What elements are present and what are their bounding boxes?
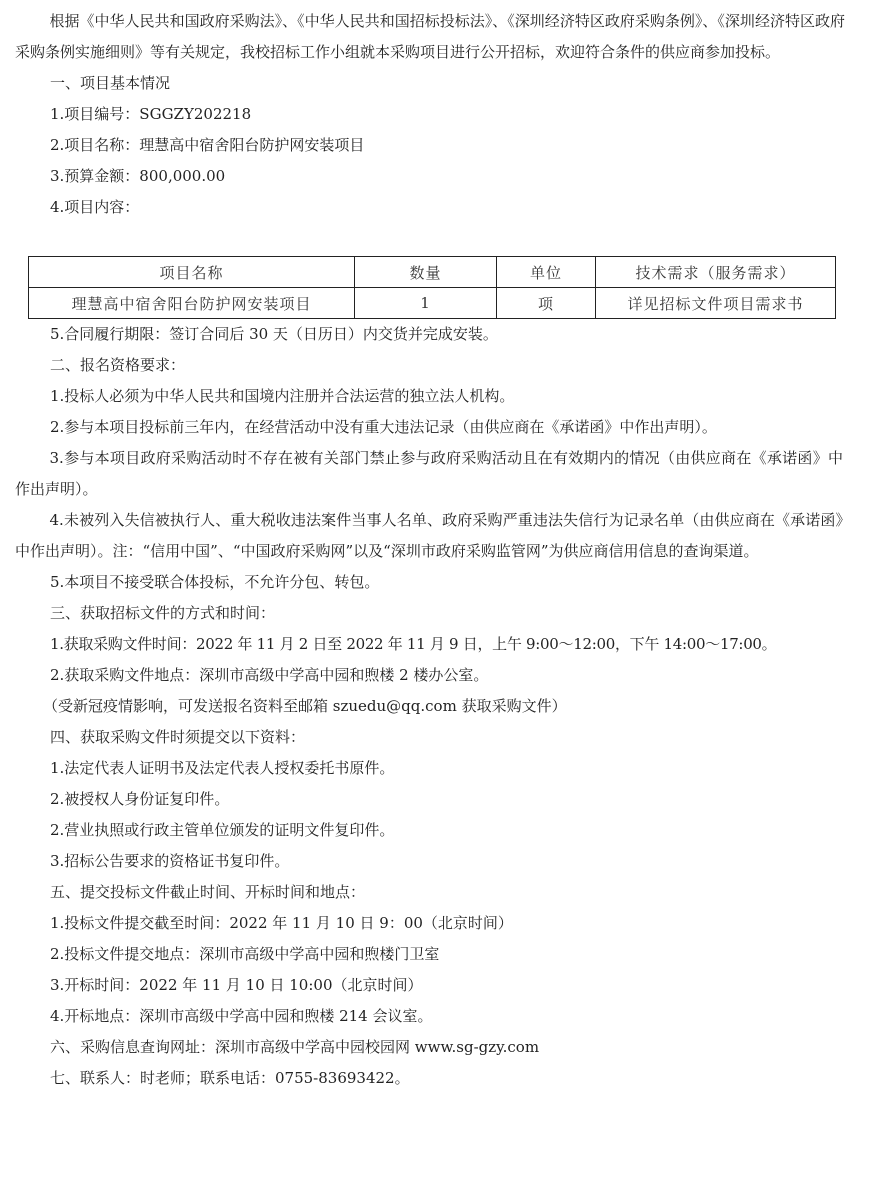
section-3-title: 三、获取招标文件的方式和时间： xyxy=(15,598,855,629)
project-content-label: 4.项目内容： xyxy=(15,192,845,223)
section-4-title: 四、获取采购文件时须提交以下资料： xyxy=(15,722,855,753)
budget-amount: 3.预算金额：800,000.00 xyxy=(15,161,845,192)
section-1-title: 一、项目基本情况 xyxy=(15,68,845,99)
document-body-continued: 5.合同履行期限：签订合同后 30 天（日历日）内交货并完成安装。 二、报名资格… xyxy=(15,319,855,1094)
project-number: 1.项目编号：SGGZY202218 xyxy=(15,99,845,130)
table-cell: 理慧高中宿舍阳台防护网安装项目 xyxy=(29,288,355,319)
submission-deadline: 1.投标文件提交截至时间：2022 年 11 月 10 日 9：00（北京时间） xyxy=(15,908,855,939)
table-cell: 1 xyxy=(355,288,497,319)
section-7-contact: 七、联系人：时老师；联系电话：0755-83693422。 xyxy=(15,1063,855,1094)
qualification-item: 4.未被列入失信被执行人、重大税收违法案件当事人名单、政府采购严重违法失信行为记… xyxy=(15,505,843,567)
table-header-row: 项目名称 数量 单位 技术需求（服务需求） xyxy=(29,257,836,288)
qualification-item: 3.参与本项目政府采购活动时不存在被有关部门禁止参与政府采购活动且在有效期内的情… xyxy=(15,443,843,505)
contract-period: 5.合同履行期限：签订合同后 30 天（日历日）内交货并完成安装。 xyxy=(15,319,855,350)
table-header: 项目名称 xyxy=(29,257,355,288)
email-note: （受新冠疫情影响，可发送报名资料至邮箱 szuedu@qq.com 获取采购文件… xyxy=(15,691,855,722)
opening-location: 4.开标地点：深圳市高级中学高中园和煦楼 214 会议室。 xyxy=(15,1001,855,1032)
acquisition-location: 2.获取采购文件地点：深圳市高级中学高中园和煦楼 2 楼办公室。 xyxy=(15,660,855,691)
section-6-info-website: 六、采购信息查询网址：深圳市高级中学高中园校园网 www.sg-gzy.com xyxy=(15,1032,855,1063)
section-5-title: 五、提交投标文件截止时间、开标时间和地点： xyxy=(15,877,855,908)
project-name: 2.项目名称：理慧高中宿舍阳台防护网安装项目 xyxy=(15,130,845,161)
submission-location: 2.投标文件提交地点：深圳市高级中学高中园和煦楼门卫室 xyxy=(15,939,855,970)
table-row: 理慧高中宿舍阳台防护网安装项目 1 项 详见招标文件项目需求书 xyxy=(29,288,836,319)
required-document: 2.被授权人身份证复印件。 xyxy=(15,784,855,815)
required-document: 1.法定代表人证明书及法定代表人授权委托书原件。 xyxy=(15,753,855,784)
intro-paragraph: 根据《中华人民共和国政府采购法》、《中华人民共和国招标投标法》、《深圳经济特区政… xyxy=(15,6,845,68)
opening-time: 3.开标时间：2022 年 11 月 10 日 10:00（北京时间） xyxy=(15,970,855,1001)
required-document: 3.招标公告要求的资格证书复印件。 xyxy=(15,846,855,877)
qualification-item: 2.参与本项目投标前三年内，在经营活动中没有重大违法记录（由供应商在《承诺函》中… xyxy=(15,412,855,443)
table-cell: 详见招标文件项目需求书 xyxy=(596,288,836,319)
document-body: 根据《中华人民共和国政府采购法》、《中华人民共和国招标投标法》、《深圳经济特区政… xyxy=(15,6,845,223)
section-2-title: 二、报名资格要求： xyxy=(15,350,855,381)
project-items-table: 项目名称 数量 单位 技术需求（服务需求） 理慧高中宿舍阳台防护网安装项目 1 … xyxy=(28,256,836,319)
required-document: 2.营业执照或行政主管单位颁发的证明文件复印件。 xyxy=(15,815,855,846)
table-cell: 项 xyxy=(497,288,596,319)
table-header: 技术需求（服务需求） xyxy=(596,257,836,288)
acquisition-time: 1.获取采购文件时间：2022 年 11 月 2 日至 2022 年 11 月 … xyxy=(15,629,855,660)
qualification-item: 1.投标人必须为中华人民共和国境内注册并合法运营的独立法人机构。 xyxy=(15,381,855,412)
table-header: 单位 xyxy=(497,257,596,288)
qualification-item: 5.本项目不接受联合体投标，不允许分包、转包。 xyxy=(15,567,855,598)
table-header: 数量 xyxy=(355,257,497,288)
